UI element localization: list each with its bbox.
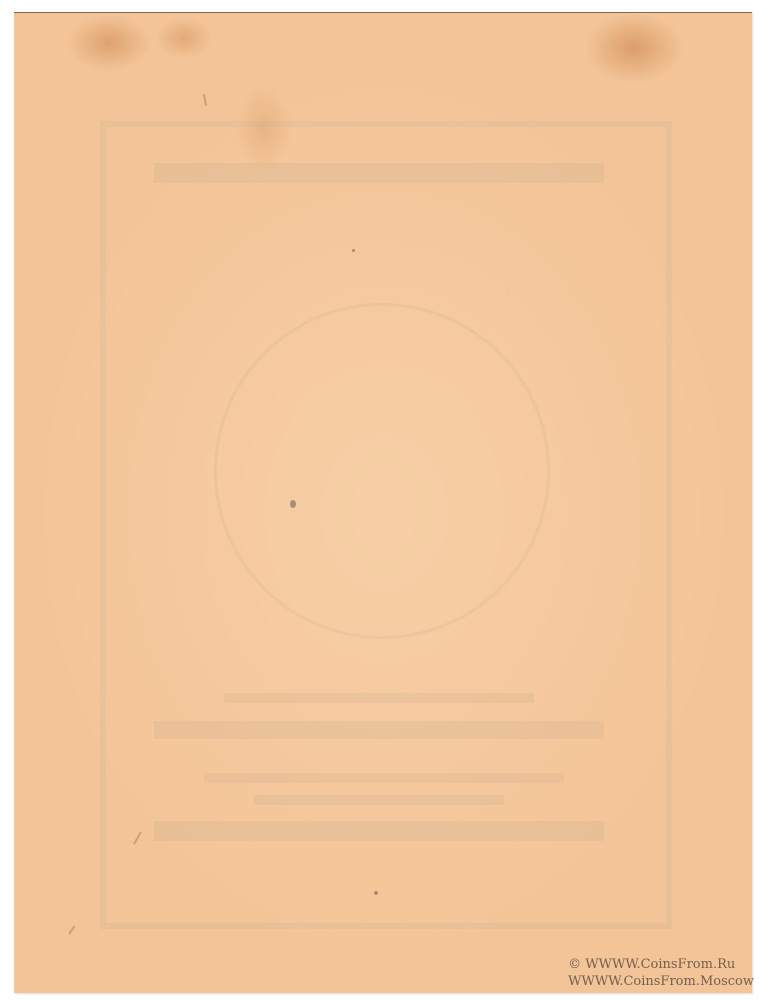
show-through-text-line <box>254 795 504 805</box>
show-through-heading <box>154 163 604 183</box>
show-through-text-line <box>224 693 534 703</box>
show-through-text-line <box>204 773 564 783</box>
show-through-text-line <box>154 821 604 841</box>
copyright-watermark: © WWWW.CoinsFrom.Ru WWWW.CoinsFrom.Mosco… <box>568 956 754 990</box>
paper-fiber <box>203 94 207 106</box>
paper-fiber <box>68 925 75 934</box>
watermark-line-1: © WWWW.CoinsFrom.Ru <box>568 956 754 973</box>
paper-note <box>14 12 752 993</box>
paper-speck <box>352 249 355 252</box>
paper-speck <box>290 500 296 508</box>
show-through-emblem <box>214 303 550 639</box>
show-through-text-line <box>154 721 604 739</box>
watermark-line-2: WWWW.CoinsFrom.Moscow <box>568 973 754 990</box>
paper-speck <box>374 891 378 895</box>
